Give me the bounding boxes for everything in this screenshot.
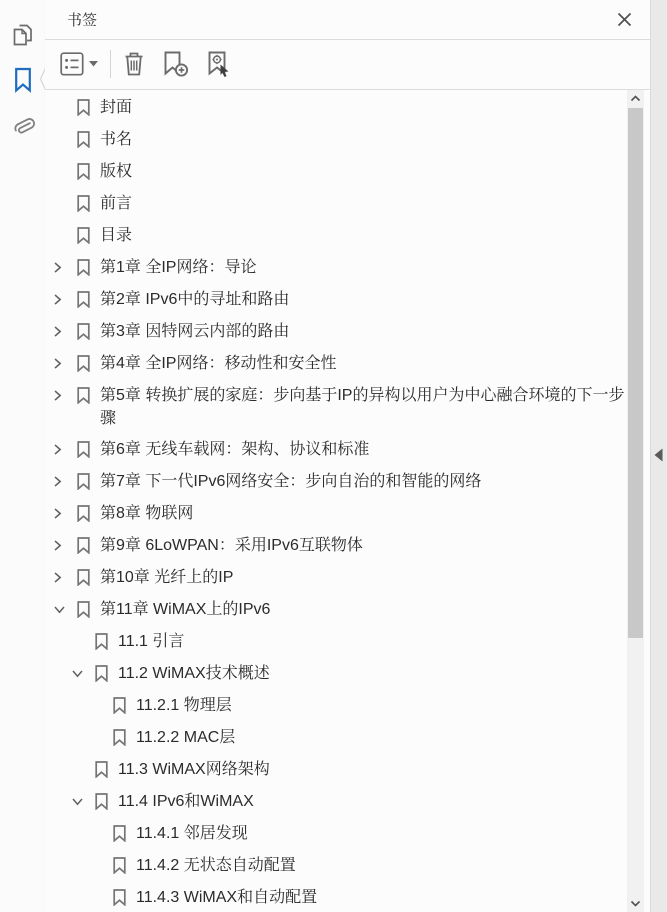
chevron-spacer [53,160,77,183]
trash-icon [121,50,147,78]
chevron-spacer [53,224,77,247]
dropdown-caret-icon [89,61,98,67]
bookmark-icon [77,502,90,525]
bookmark-icon [113,822,126,845]
new-bookmark-button[interactable] [157,47,195,81]
bookmark-label[interactable]: 第2章 IPv6中的寻址和路由 [100,288,625,311]
expand-chevron-icon[interactable] [53,534,77,557]
pages-icon [11,23,34,47]
chevron-spacer [89,886,113,909]
bookmark-label[interactable]: 前言 [100,192,625,215]
bookmark-icon [77,320,90,343]
bookmark-icon [95,662,108,685]
bookmark-label[interactable]: 11.2.1 物理层 [136,694,625,717]
bookmark-icon [77,256,90,279]
bookmark-label[interactable]: 第9章 6LoWPAN：采用IPv6互联物体 [100,534,625,557]
panel-header: 书签 [45,0,650,40]
bookmark-label[interactable]: 版权 [100,160,625,183]
bookmark-label[interactable]: 目录 [100,224,625,247]
close-icon [617,12,632,27]
bookmark-label[interactable]: 封面 [100,96,625,119]
bookmark-row[interactable]: 11.3 WiMAX网络架构 [45,754,627,786]
bookmark-row[interactable]: 11.2.2 MAC层 [45,722,627,754]
bookmark-label[interactable]: 第4章 全IP网络：移动性和安全性 [100,352,625,375]
sidebar-item-bookmarks[interactable] [0,60,45,100]
bookmark-row[interactable]: 11.2 WiMAX技术概述 [45,658,627,690]
bookmark-icon [77,224,90,247]
bookmark-label[interactable]: 书名 [100,128,625,151]
bookmark-icon [77,470,90,493]
sidebar-item-attachments[interactable] [0,106,45,146]
bookmark-row[interactable]: 书名 [45,124,627,156]
bookmark-row[interactable]: 11.4.1 邻居发现 [45,818,627,850]
bookmark-row[interactable]: 第1章 全IP网络：导论 [45,252,627,284]
chevron-spacer [89,694,113,717]
bookmark-row[interactable]: 封面 [45,92,627,124]
expand-chevron-icon[interactable] [53,438,77,461]
bookmark-row[interactable]: 第7章 下一代IPv6网络安全：步向自治的和智能的网络 [45,466,627,498]
options-list-icon [59,51,85,77]
bookmark-label[interactable]: 11.4 IPv6和WiMAX [118,790,625,813]
bookmark-row[interactable]: 第5章 转换扩展的家庭：步向基于IP的异构以用户为中心融合环境的下一步骤 [45,380,627,434]
bookmark-label[interactable]: 第10章 光纤上的IP [100,566,625,589]
bookmark-active-icon [14,67,32,93]
chevron-spacer [71,758,95,781]
bookmark-icon [77,288,90,311]
bookmark-row[interactable]: 版权 [45,156,627,188]
chevron-up-icon [630,95,641,102]
bookmark-label[interactable]: 11.3 WiMAX网络架构 [118,758,625,781]
bookmark-icon [113,886,126,909]
bookmark-label[interactable]: 第1章 全IP网络：导论 [100,256,625,279]
bookmark-label[interactable]: 11.2 WiMAX技术概述 [118,662,625,685]
expand-current-bookmark-button[interactable] [200,47,238,81]
collapse-chevron-icon[interactable] [71,662,95,685]
bookmark-label[interactable]: 第7章 下一代IPv6网络安全：步向自治的和智能的网络 [100,470,625,493]
bookmark-icon [95,790,108,813]
bookmark-row[interactable]: 11.2.1 物理层 [45,690,627,722]
bookmark-row[interactable]: 第11章 WiMAX上的IPv6 [45,594,627,626]
sidebar-item-page-thumbnails[interactable] [0,15,45,55]
bookmark-icon [113,694,126,717]
find-bookmark-cursor-icon [204,50,234,78]
bookmark-row[interactable]: 第9章 6LoWPAN：采用IPv6互联物体 [45,530,627,562]
expand-chevron-icon[interactable] [53,320,77,343]
bookmark-options-button[interactable] [55,47,102,81]
expand-chevron-icon[interactable] [53,566,77,589]
expand-chevron-icon[interactable] [53,502,77,525]
chevron-spacer [89,822,113,845]
chevron-spacer [71,630,95,653]
chevron-down-icon [630,900,641,907]
bookmark-label[interactable]: 第8章 物联网 [100,502,625,525]
collapse-chevron-icon[interactable] [71,790,95,813]
panel-toolbar [45,39,650,90]
bookmark-icon [113,854,126,877]
toolbar-separator [110,50,111,78]
bookmark-row[interactable]: 11.4.3 WiMAX和自动配置 [45,882,627,912]
bookmark-icon [77,192,90,215]
close-panel-button[interactable] [616,11,633,28]
bookmark-icon [95,758,108,781]
expand-chevron-icon[interactable] [53,470,77,493]
bookmark-row[interactable]: 前言 [45,188,627,220]
bookmark-label[interactable]: 11.4.3 WiMAX和自动配置 [136,886,625,909]
bookmark-row[interactable]: 11.1 引言 [45,626,627,658]
bookmarks-panel: 书签 [45,0,651,912]
bookmark-icon [77,160,90,183]
chevron-spacer [53,96,77,119]
expand-chevron-icon[interactable] [53,352,77,375]
scrollbar-thumb[interactable] [628,108,643,638]
bookmark-row[interactable]: 第3章 因特网云内部的路由 [45,316,627,348]
panel-title: 书签 [67,9,97,30]
bookmark-row[interactable]: 第6章 无线车载网：架构、协议和标准 [45,434,627,466]
add-bookmark-icon [161,50,191,78]
bookmark-row[interactable]: 第4章 全IP网络：移动性和安全性 [45,348,627,380]
collapse-chevron-icon[interactable] [53,598,77,621]
bookmark-row[interactable]: 第10章 光纤上的IP [45,562,627,594]
bookmark-icon [113,726,126,749]
navigation-pane-strip [0,0,45,912]
chevron-spacer [53,128,77,151]
bookmark-label[interactable]: 第3章 因特网云内部的路由 [100,320,625,343]
bookmark-label[interactable]: 11.1 引言 [118,630,625,653]
triangle-left-icon [654,448,663,462]
bookmark-icon [77,438,90,461]
bookmark-row[interactable]: 11.4 IPv6和WiMAX [45,786,627,818]
expand-chevron-icon[interactable] [53,288,77,311]
bookmark-label[interactable]: 第5章 转换扩展的家庭：步向基于IP的异构以用户为中心融合环境的下一步骤 [100,384,625,430]
bookmark-label[interactable]: 第11章 WiMAX上的IPv6 [100,598,625,621]
delete-bookmark-button[interactable] [117,47,151,81]
bookmark-icon [95,630,108,653]
expand-chevron-icon[interactable] [53,256,77,279]
bookmark-icon [77,534,90,557]
expand-chevron-icon[interactable] [53,384,77,407]
bookmark-list: 封面书名版权前言目录第1章 全IP网络：导论第2章 IPv6中的寻址和路由第3章… [45,90,627,912]
bookmark-row[interactable]: 第2章 IPv6中的寻址和路由 [45,284,627,316]
bookmark-icon [77,384,90,407]
bookmark-label[interactable]: 11.4.2 无状态自动配置 [136,854,625,877]
bookmark-row[interactable]: 目录 [45,220,627,252]
scroll-down-button[interactable] [627,895,644,912]
chevron-spacer [53,192,77,215]
paperclip-icon [10,113,36,139]
bookmark-icon [77,566,90,589]
bookmark-icon [77,128,90,151]
bookmark-icon [77,96,90,119]
bookmark-icon [77,352,90,375]
bookmark-row[interactable]: 11.4.2 无状态自动配置 [45,850,627,882]
scroll-up-button[interactable] [627,90,644,107]
bookmark-row[interactable]: 第8章 物联网 [45,498,627,530]
panel-edge-gutter [651,0,667,912]
bookmark-icon [77,598,90,621]
bookmark-label[interactable]: 第6章 无线车载网：架构、协议和标准 [100,438,625,461]
chevron-spacer [89,726,113,749]
vertical-scrollbar[interactable] [627,90,644,912]
bookmark-label[interactable]: 11.2.2 MAC层 [136,726,625,749]
chevron-spacer [89,854,113,877]
collapse-panel-handle[interactable] [654,448,663,462]
bookmark-label[interactable]: 11.4.1 邻居发现 [136,822,625,845]
